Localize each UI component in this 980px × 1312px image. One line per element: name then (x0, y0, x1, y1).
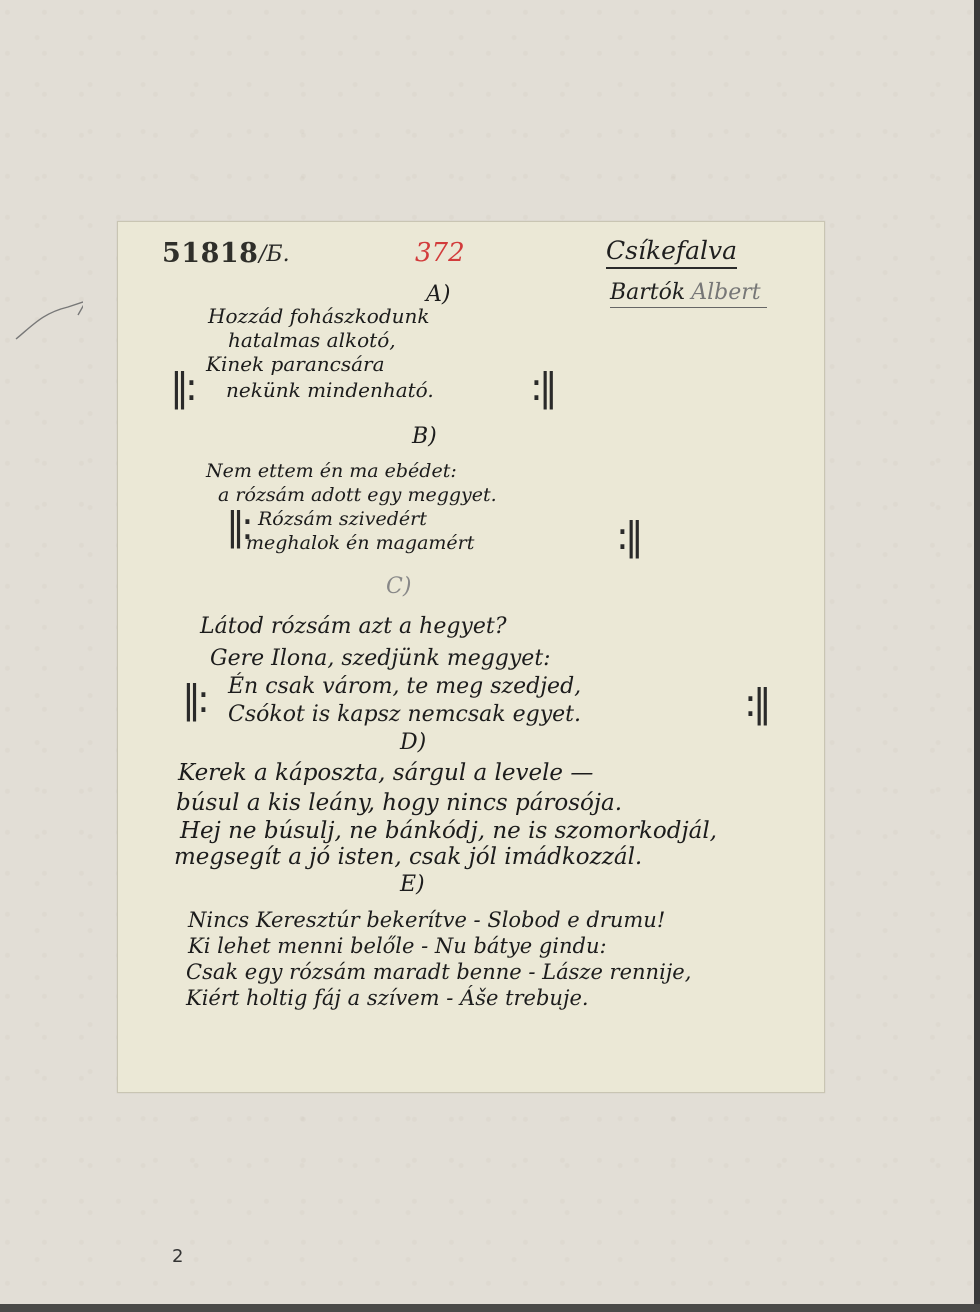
archive-stamp-number: 51818 (162, 238, 258, 269)
section-d-line-1: Kerek a káposzta, sárgul a levele — (178, 760, 593, 786)
section-c-line-4: Csókot is kapsz nemcsak egyet. (228, 702, 581, 727)
collector-firstname: Albert (691, 280, 760, 305)
collector-surname: Bartók (610, 280, 685, 305)
board-right-edge (974, 0, 980, 1312)
section-a-line-1: Hozzád fohászkodunk (208, 304, 430, 328)
section-d-line-4: megsegít a jó isten, csak jól imádkozzál… (174, 844, 642, 870)
section-a-repeat-start: ‖: (170, 368, 194, 406)
section-a-line-2: hatalmas alkotó, (228, 328, 396, 352)
section-b-line-1: Nem ettem én ma ebédet: (206, 460, 457, 482)
section-d-line-3: Hej ne búsulj, ne bánkódj, ne is szomork… (180, 818, 717, 844)
section-d-line-2: búsul a kis leány, hogy nincs párosója. (176, 790, 622, 816)
pencil-scribble-icon (8, 295, 83, 345)
section-a-line-3: Kinek parancsára (206, 352, 385, 376)
section-d-label: D) (400, 730, 426, 755)
section-e-line-2: Ki lehet menni belőle - Nu bátye gindu: (188, 934, 607, 958)
manuscript-sheet: 51818 /Б. 372 Csíkefalva BartókAlbert A)… (117, 221, 825, 1093)
section-a-line-4: nekünk mindenható. (226, 378, 434, 402)
section-e-line-4: Kiért holtig fáj a szívem - Áše trebuje. (186, 986, 589, 1010)
section-b-line-2: a rózsám adott egy meggyet. (218, 484, 497, 506)
mounting-board: 51818 /Б. 372 Csíkefalva BartókAlbert A)… (0, 0, 974, 1304)
section-b-line-3: Rózsám szivedért (258, 508, 427, 530)
section-c-repeat-start: ‖: (182, 680, 206, 718)
section-e-line-1: Nincs Keresztúr bekerítve - Slobod e dru… (188, 908, 665, 932)
board-bottom-edge (0, 1304, 980, 1312)
section-b-label: B) (412, 424, 437, 449)
red-catalog-number: 372 (415, 238, 465, 268)
collection-place: Csíkefalva (606, 236, 737, 269)
section-b-line-4: meghalok én magamért (246, 532, 474, 554)
section-e-line-3: Csak egy rózsám maradt benne - Lásze ren… (186, 960, 691, 984)
section-c-line-2: Gere Ilona, szedjünk meggyet: (210, 646, 551, 671)
section-c-label: C) (386, 574, 411, 599)
section-c-repeat-end: :‖ (744, 684, 768, 722)
section-c-line-1: Látod rózsám azt a hegyet? (200, 614, 507, 639)
collector-name: BartókAlbert (610, 280, 767, 308)
pencil-page-mark: 2 (172, 1246, 183, 1267)
archive-stamp-suffix: /Б. (259, 242, 290, 267)
section-a-repeat-end: :‖ (530, 368, 554, 406)
section-b-repeat-end: :‖ (616, 517, 640, 555)
section-c-line-3: Én csak várom, te meg szedjed, (228, 674, 581, 699)
section-e-label: E) (400, 872, 425, 897)
